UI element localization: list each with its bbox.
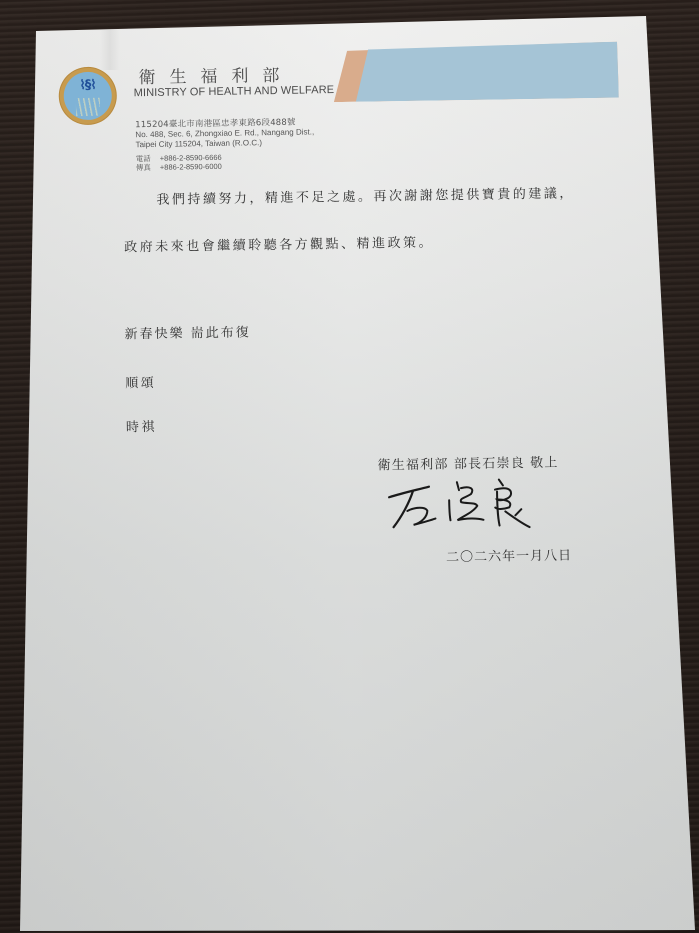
fax-number: +886-2-8590-6000: [160, 162, 222, 172]
letter-content: ⌇§⌇ 衛生福利部 MINISTRY OF HEALTH AND WELFARE…: [0, 0, 699, 933]
seal-emblem-icon: ⌇§⌇: [63, 78, 111, 94]
seal-inner: ⌇§⌇: [63, 72, 112, 121]
banner-blue-block: [333, 42, 619, 102]
ministry-seal-icon: ⌇§⌇: [59, 68, 116, 125]
body-paragraph-line2: 政府未來也會繼續聆聽各方觀點、精進政策。: [124, 232, 434, 256]
org-name-zh: 衛生福利部: [138, 61, 293, 88]
seal-grass-icon: [76, 98, 100, 116]
address-en-line2: Taipei City 115204, Taiwan (R.O.C.): [135, 137, 314, 150]
fax-row: 傳真+886-2-8590-6000: [136, 162, 222, 172]
letter-date: 二〇二六年一月八日: [446, 544, 572, 565]
phone-label: 電話: [136, 154, 160, 163]
fax-label: 傳真: [136, 163, 160, 172]
closing-salutation-1: 順頌: [125, 372, 156, 391]
sender-line: 衛生福利部 部長石崇良 敬上: [377, 452, 558, 474]
closing-greeting: 新春快樂 耑此布復: [124, 321, 250, 342]
address-block: 115204臺北市南港區忠孝東路6段488號 No. 488, Sec. 6, …: [135, 117, 314, 150]
body-paragraph-line1: 我們持續努力，精進不足之處。再次謝謝您提供寶貴的建議，: [156, 182, 575, 208]
letterhead-banner: [333, 42, 619, 102]
handwritten-signature: [387, 475, 548, 534]
closing-salutation-2: 時祺: [126, 416, 157, 435]
contact-block: 電話+886-2-8590-6666 傳真+886-2-8590-6000: [136, 153, 222, 172]
org-name-en: MINISTRY OF HEALTH AND WELFARE: [134, 84, 335, 99]
